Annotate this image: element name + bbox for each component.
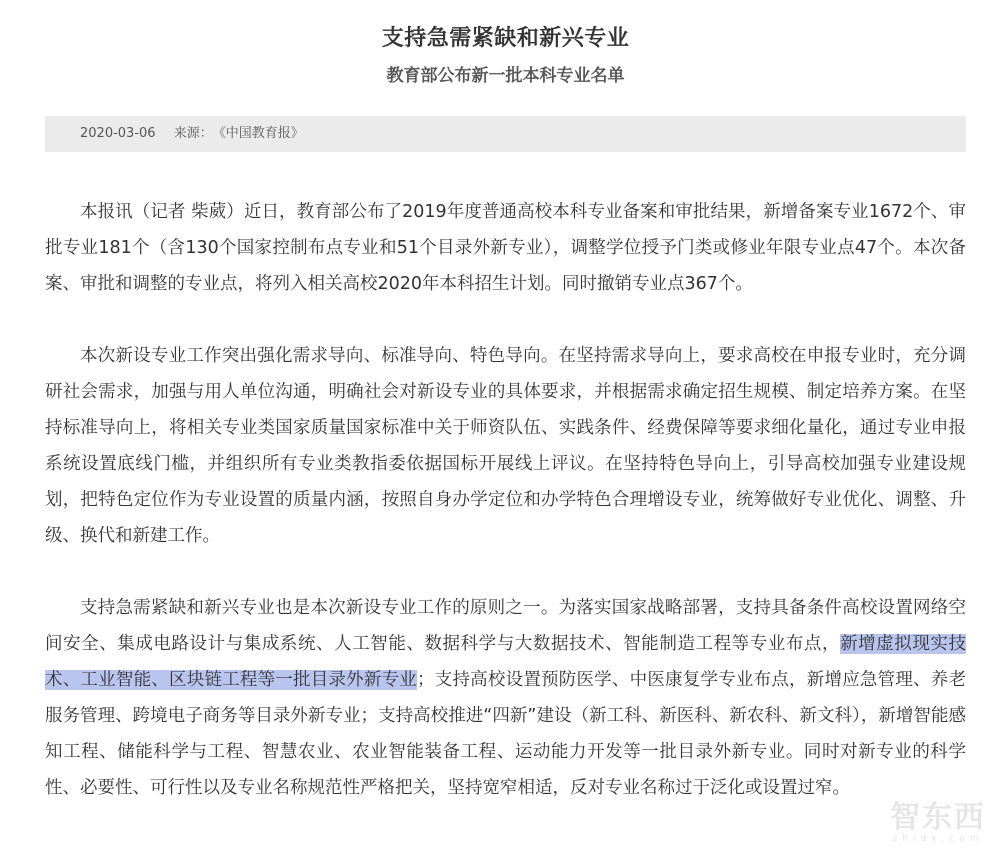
paragraph-2: 本次新设专业工作突出强化需求导向、标准导向、特色导向。在坚持需求导向上，要求高校…	[45, 338, 966, 554]
paragraph-1: 本报讯（记者 柴葳）近日，教育部公布了2019年度普通高校本科专业备案和审批结果…	[45, 194, 966, 302]
paragraph-3-text-before: 支持急需紧缺和新兴专业也是本次新设专业工作的原则之一。为落实国家战略部署，支持具…	[45, 598, 966, 654]
article-body: 本报讯（记者 柴葳）近日，教育部公布了2019年度普通高校本科专业备案和审批结果…	[45, 194, 966, 842]
paragraph-3: 支持急需紧缺和新兴专业也是本次新设专业工作的原则之一。为落实国家战略部署，支持具…	[45, 590, 966, 806]
article: 支持急需紧缺和新兴专业 教育部公布新一批本科专业名单 2020-03-06 来源…	[45, 0, 966, 90]
article-subtitle: 教育部公布新一批本科专业名单	[45, 62, 966, 90]
article-meta-bar: 2020-03-06 来源：《中国教育报》	[45, 116, 966, 152]
publish-date: 2020-03-06	[80, 116, 156, 152]
article-title: 支持急需紧缺和新兴专业	[45, 0, 966, 54]
source-name: 《中国教育报》	[213, 116, 304, 152]
source-label: 来源：	[174, 116, 213, 152]
